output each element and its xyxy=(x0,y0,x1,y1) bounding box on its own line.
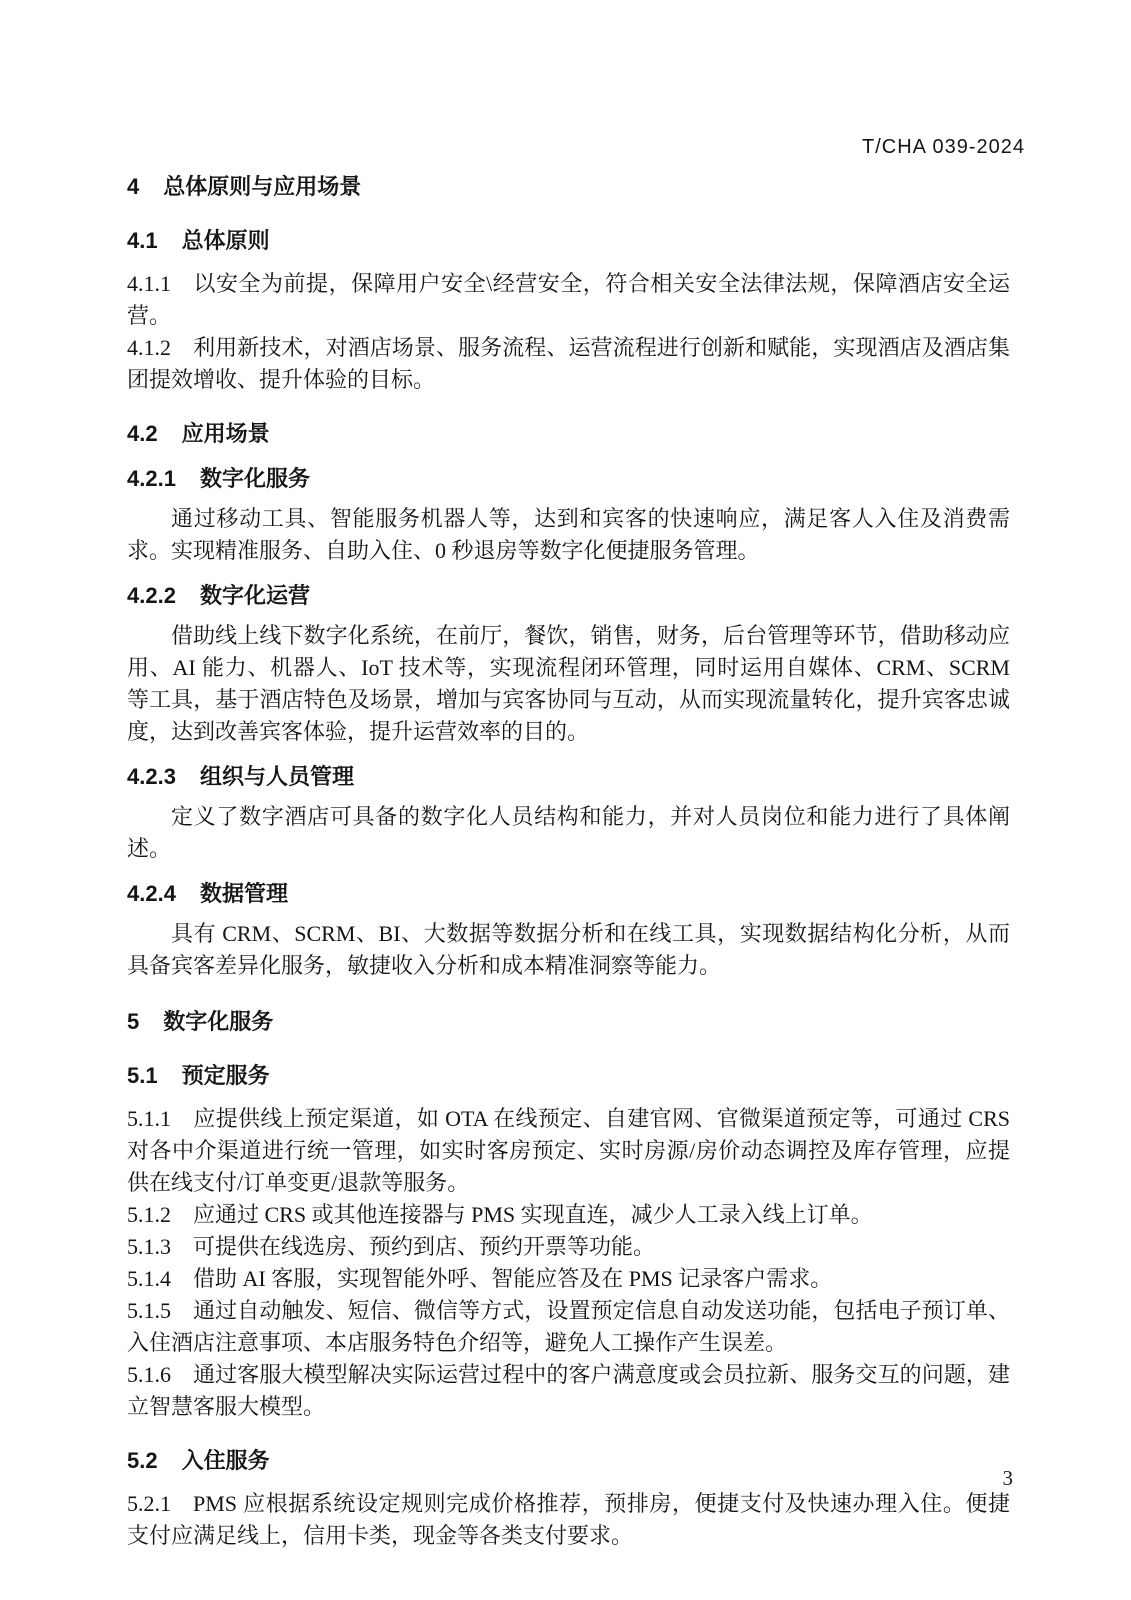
clause-text: PMS 应根据系统设定规则完成价格推荐，预排房，便捷支付及快速办理入住。便捷支付… xyxy=(127,1491,1010,1548)
paragraph: 借助线上线下数字化系统，在前厅，餐饮，销售，财务，后台管理等环节，借助移动应用、… xyxy=(127,620,1010,748)
clause-number: 5.1.1 xyxy=(127,1106,171,1131)
clause-4-1-2: 4.1.2利用新技术，对酒店场景、服务流程、运营流程进行创新和赋能，实现酒店及酒… xyxy=(127,332,1010,396)
heading-text: 数字化服务 xyxy=(200,466,310,491)
clause-number: 4.1.1 xyxy=(127,271,171,296)
clause-text: 应通过 CRS 或其他连接器与 PMS 实现直连，减少人工录入线上订单。 xyxy=(193,1202,873,1227)
clause-5-1-2: 5.1.2应通过 CRS 或其他连接器与 PMS 实现直连，减少人工录入线上订单… xyxy=(127,1199,1010,1231)
paragraph-text: 通过移动工具、智能服务机器人等，达到和宾客的快速响应，满足客人入住及消费需求。实… xyxy=(127,506,1010,563)
clause-5-1-1: 5.1.1应提供线上预定渠道，如 OTA 在线预定、自建官网、官微渠道预定等，可… xyxy=(127,1103,1010,1199)
clause-4-1-1: 4.1.1以安全为前提，保障用户安全\经营安全，符合相关安全法律法规，保障酒店安… xyxy=(127,268,1010,332)
clause-number: 5.1.2 xyxy=(127,1202,171,1227)
heading-text: 总体原则与应用场景 xyxy=(163,174,361,199)
clause-text: 应提供线上预定渠道，如 OTA 在线预定、自建官网、官微渠道预定等，可通过 CR… xyxy=(127,1106,1010,1195)
paragraph: 定义了数字酒店可具备的数字化人员结构和能力，并对人员岗位和能力进行了具体阐述。 xyxy=(127,801,1010,865)
clause-number: 5.1.5 xyxy=(127,1298,171,1323)
clause-number: 4.1.2 xyxy=(127,335,171,360)
heading-4-2-1: 4.2.1数字化服务 xyxy=(127,463,1010,495)
document-body: 4总体原则与应用场景4.1总体原则4.1.1以安全为前提，保障用户安全\经营安全… xyxy=(127,171,1010,1552)
page-number: 3 xyxy=(1003,1466,1014,1491)
heading-number: 4 xyxy=(127,174,139,199)
heading-4-2-4: 4.2.4数据管理 xyxy=(127,878,1010,910)
heading-4-2-2: 4.2.2数字化运营 xyxy=(127,580,1010,612)
heading-text: 应用场景 xyxy=(182,421,270,446)
clause-text: 利用新技术，对酒店场景、服务流程、运营流程进行创新和赋能，实现酒店及酒店集团提效… xyxy=(127,335,1010,392)
heading-text: 预定服务 xyxy=(182,1063,270,1088)
clause-text: 通过客服大模型解决实际运营过程中的客户满意度或会员拉新、服务交互的问题，建立智慧… xyxy=(127,1362,1010,1419)
clause-text: 借助 AI 客服，实现智能外呼、智能应答及在 PMS 记录客户需求。 xyxy=(193,1266,832,1291)
heading-number: 5.2 xyxy=(127,1448,158,1473)
paragraph-text: 具有 CRM、SCRM、BI、大数据等数据分析和在线工具，实现数据结构化分析，从… xyxy=(127,921,1010,978)
heading-text: 组织与人员管理 xyxy=(200,764,354,789)
heading-text: 总体原则 xyxy=(182,228,270,253)
heading-4-2-3: 4.2.3组织与人员管理 xyxy=(127,761,1010,793)
heading-5-1: 5.1预定服务 xyxy=(127,1060,1010,1092)
heading-text: 数据管理 xyxy=(200,881,288,906)
standard-number-header: T/CHA 039-2024 xyxy=(862,136,1025,159)
paragraph: 具有 CRM、SCRM、BI、大数据等数据分析和在线工具，实现数据结构化分析，从… xyxy=(127,918,1010,982)
clause-5-1-4: 5.1.4借助 AI 客服，实现智能外呼、智能应答及在 PMS 记录客户需求。 xyxy=(127,1263,1010,1295)
heading-5: 5数字化服务 xyxy=(127,1006,1010,1038)
clause-text: 通过自动触发、短信、微信等方式，设置预定信息自动发送功能，包括电子预订单、入住酒… xyxy=(127,1298,1010,1355)
heading-text: 数字化服务 xyxy=(163,1009,273,1034)
heading-number: 4.2.1 xyxy=(127,466,176,491)
heading-number: 4.2.3 xyxy=(127,764,176,789)
heading-number: 4.1 xyxy=(127,228,158,253)
clause-number: 5.1.3 xyxy=(127,1234,171,1259)
clause-text: 可提供在线选房、预约到店、预约开票等功能。 xyxy=(193,1234,655,1259)
paragraph-text: 借助线上线下数字化系统，在前厅，餐饮，销售，财务，后台管理等环节，借助移动应用、… xyxy=(127,623,1010,744)
heading-4-2: 4.2应用场景 xyxy=(127,418,1010,450)
heading-number: 4.2 xyxy=(127,421,158,446)
clause-number: 5.1.4 xyxy=(127,1266,171,1291)
heading-5-2: 5.2入住服务 xyxy=(127,1445,1010,1477)
heading-number: 5.1 xyxy=(127,1063,158,1088)
heading-number: 5 xyxy=(127,1009,139,1034)
heading-4-1: 4.1总体原则 xyxy=(127,225,1010,257)
document-page: T/CHA 039-2024 4总体原则与应用场景4.1总体原则4.1.1以安全… xyxy=(0,0,1131,1600)
clause-5-2-1: 5.2.1PMS 应根据系统设定规则完成价格推荐，预排房，便捷支付及快速办理入住… xyxy=(127,1488,1010,1552)
clause-5-1-5: 5.1.5通过自动触发、短信、微信等方式，设置预定信息自动发送功能，包括电子预订… xyxy=(127,1295,1010,1359)
paragraph: 通过移动工具、智能服务机器人等，达到和宾客的快速响应，满足客人入住及消费需求。实… xyxy=(127,503,1010,567)
paragraph-text: 定义了数字酒店可具备的数字化人员结构和能力，并对人员岗位和能力进行了具体阐述。 xyxy=(127,804,1010,861)
heading-number: 4.2.4 xyxy=(127,881,176,906)
heading-text: 数字化运营 xyxy=(200,583,310,608)
clause-text: 以安全为前提，保障用户安全\经营安全，符合相关安全法律法规，保障酒店安全运营。 xyxy=(127,271,1010,328)
clause-5-1-3: 5.1.3可提供在线选房、预约到店、预约开票等功能。 xyxy=(127,1231,1010,1263)
heading-text: 入住服务 xyxy=(182,1448,270,1473)
clause-number: 5.2.1 xyxy=(127,1491,171,1516)
clause-5-1-6: 5.1.6通过客服大模型解决实际运营过程中的客户满意度或会员拉新、服务交互的问题… xyxy=(127,1359,1010,1423)
clause-number: 5.1.6 xyxy=(127,1362,171,1387)
heading-4: 4总体原则与应用场景 xyxy=(127,171,1010,203)
heading-number: 4.2.2 xyxy=(127,583,176,608)
